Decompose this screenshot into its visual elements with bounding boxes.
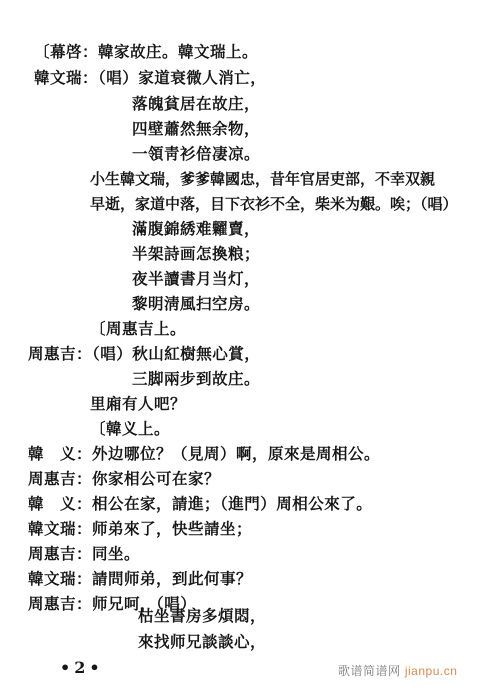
dialogue-line: 周惠吉：（唱）秋山紅樹無心賞， xyxy=(28,344,260,364)
document-page: 〔幕啓：韓家故庄。韓文瑞上。 韓文瑞：（唱）家道衰微人消亡， 落魄貧居在故庄， … xyxy=(0,0,488,690)
verse-line: 三脚兩步到故庄。 xyxy=(132,369,260,389)
dialogue-line: 周惠吉：你家相公可在家？ xyxy=(28,469,220,489)
verse-line: 半架詩画怎換粮； xyxy=(132,244,260,264)
verse-line: 落魄貧居在故庄， xyxy=(132,94,260,114)
dialogue-line: 韓文瑞：师弟來了，快些請坐； xyxy=(28,519,252,539)
dialogue-line: 韓文瑞：請問师弟，到此何事？ xyxy=(28,569,252,589)
verse-line: 枯坐書房多煩悶， xyxy=(138,606,266,626)
stage-direction: 〔幕啓：韓家故庄。韓文瑞上。 xyxy=(34,42,258,62)
prose-line: 里廂有人吧？ xyxy=(90,394,186,414)
prose-line: 小生韓文瑞，爹爹韓國忠，昔年官居吏部，不幸双親 xyxy=(90,169,435,189)
page-number: •2• xyxy=(60,658,104,677)
dialogue-line: 韓文瑞：（唱）家道衰微人消亡， xyxy=(34,68,266,88)
stage-direction: 〔周惠吉上。 xyxy=(90,319,186,339)
verse-line: 滿腹錦綉难糶賣， xyxy=(132,219,260,239)
dialogue-line: 韓 义：外边哪位？（見周）啊，原來是周相公。 xyxy=(28,444,380,464)
watermark-en: jianpu.cn xyxy=(405,664,458,678)
verse-line: 一領靑衫倍凄凉。 xyxy=(132,144,260,164)
watermark-cn: 歌谱简谱网 xyxy=(338,664,401,678)
verse-line: 來找师兄談談心， xyxy=(138,632,266,652)
dialogue-line: 周惠吉：同坐。 xyxy=(28,544,140,564)
verse-line: 四壁蕭然無余物， xyxy=(132,119,260,139)
stage-direction: 〔韓义上。 xyxy=(90,419,170,439)
dialogue-line: 韓 义：相公在家，請進；（進門）周相公來了。 xyxy=(28,494,372,514)
verse-line: 夜半讀書月当灯， xyxy=(132,269,260,289)
watermark: 歌谱简谱网 jianpu.cn xyxy=(338,662,457,679)
verse-line: 黎明淸風扫空房。 xyxy=(132,294,260,314)
prose-line: 早逝，家道中落，目下衣衫不全，柴米为艱。唉；（唱） xyxy=(90,194,458,214)
